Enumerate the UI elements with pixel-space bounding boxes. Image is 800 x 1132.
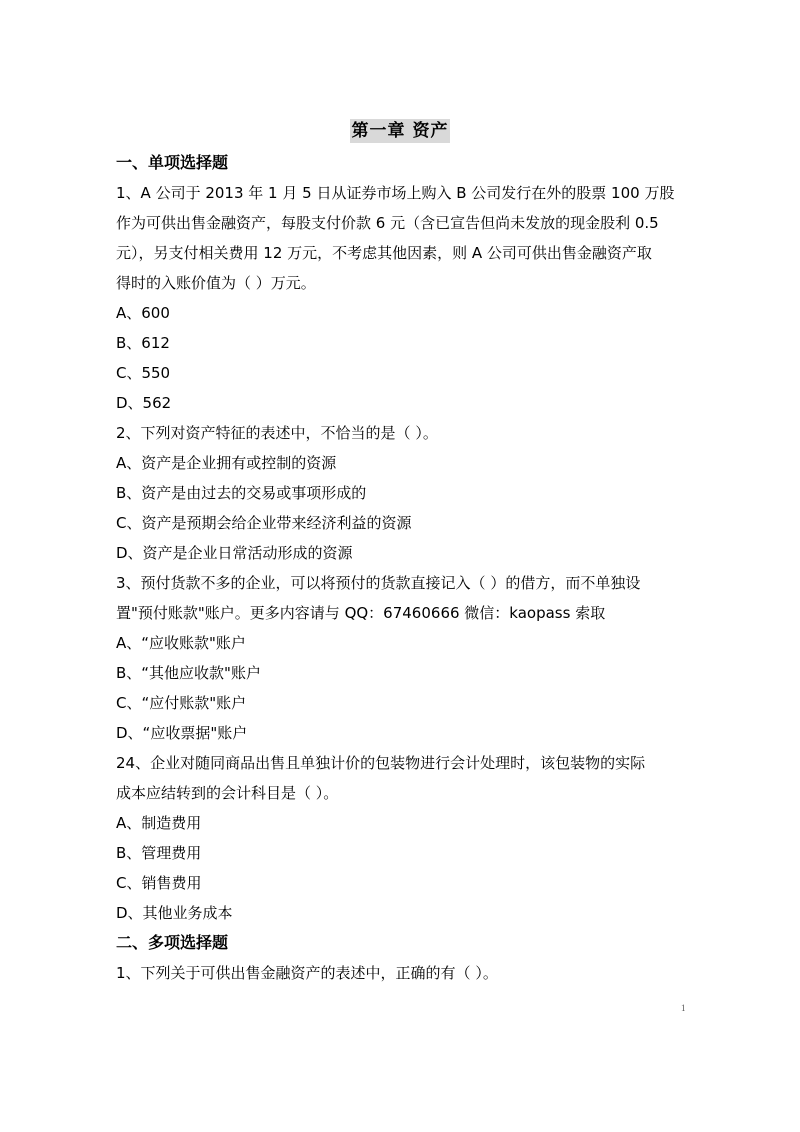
question-1: 1、A 公司于 2013 年 1 月 5 日从证券市场上购入 B 公司发行在外的… [116, 178, 691, 418]
question-3: 3、预付货款不多的企业，可以将预付的货款直接记入（ ）的借方，而不单独设 置"预… [116, 568, 691, 748]
option-c: C、“应付账款"账户 [116, 688, 691, 718]
option-b: B、“其他应收款"账户 [116, 658, 691, 688]
option-a: A、制造费用 [116, 808, 691, 838]
question-text-line: 24、企业对随同商品出售且单独计价的包装物进行会计处理时，该包装物的实际 [116, 748, 691, 778]
option-a: A、资产是企业拥有或控制的资源 [116, 448, 691, 478]
option-a: A、600 [116, 298, 691, 328]
option-b: B、资产是由过去的交易或事项形成的 [116, 478, 691, 508]
section-heading-multiple-choice: 二、多项选择题 [116, 928, 691, 958]
option-b: B、612 [116, 328, 691, 358]
question-text-line: 置"预付账款"账户。更多内容请与 QQ：67460666 微信：kaopass … [116, 598, 691, 628]
question-text-line: 1、A 公司于 2013 年 1 月 5 日从证券市场上购入 B 公司发行在外的… [116, 178, 691, 208]
option-d: D、资产是企业日常活动形成的资源 [116, 538, 691, 568]
option-c: C、销售费用 [116, 868, 691, 898]
question-text-line: 成本应结转到的会计科目是（ ）。 [116, 778, 691, 808]
question-text-line: 作为可供出售金融资产，每股支付价款 6 元（含已宣告但尚未发放的现金股利 0.5 [116, 208, 691, 238]
question-multi-1: 1、下列关于可供出售金融资产的表述中，正确的有（ ）。 [116, 958, 691, 988]
question-text-line: 1、下列关于可供出售金融资产的表述中，正确的有（ ）。 [116, 958, 691, 988]
option-d: D、“应收票据"账户 [116, 718, 691, 748]
question-24: 24、企业对随同商品出售且单独计价的包装物进行会计处理时，该包装物的实际 成本应… [116, 748, 691, 928]
option-c: C、资产是预期会给企业带来经济利益的资源 [116, 508, 691, 538]
option-c: C、550 [116, 358, 691, 388]
option-a: A、“应收账款"账户 [116, 628, 691, 658]
document-page: 第一章 资产 一、单项选择题 1、A 公司于 2013 年 1 月 5 日从证券… [0, 0, 800, 1132]
section-heading-single-choice: 一、单项选择题 [116, 148, 691, 178]
document-content: 一、单项选择题 1、A 公司于 2013 年 1 月 5 日从证券市场上购入 B… [116, 148, 691, 988]
question-2: 2、下列对资产特征的表述中，不恰当的是（ ）。 A、资产是企业拥有或控制的资源 … [116, 418, 691, 568]
option-d: D、其他业务成本 [116, 898, 691, 928]
chapter-title: 第一章 资产 [350, 119, 451, 143]
question-text-line: 3、预付货款不多的企业，可以将预付的货款直接记入（ ）的借方，而不单独设 [116, 568, 691, 598]
page-number: 1 [681, 1003, 686, 1013]
title-wrap: 第一章 资产 [0, 119, 800, 143]
option-b: B、管理费用 [116, 838, 691, 868]
option-d: D、562 [116, 388, 691, 418]
question-text-line: 元），另支付相关费用 12 万元，不考虑其他因素，则 A 公司可供出售金融资产取 [116, 238, 691, 268]
question-text-line: 得时的入账价值为（ ）万元。 [116, 268, 691, 298]
question-text-line: 2、下列对资产特征的表述中，不恰当的是（ ）。 [116, 418, 691, 448]
